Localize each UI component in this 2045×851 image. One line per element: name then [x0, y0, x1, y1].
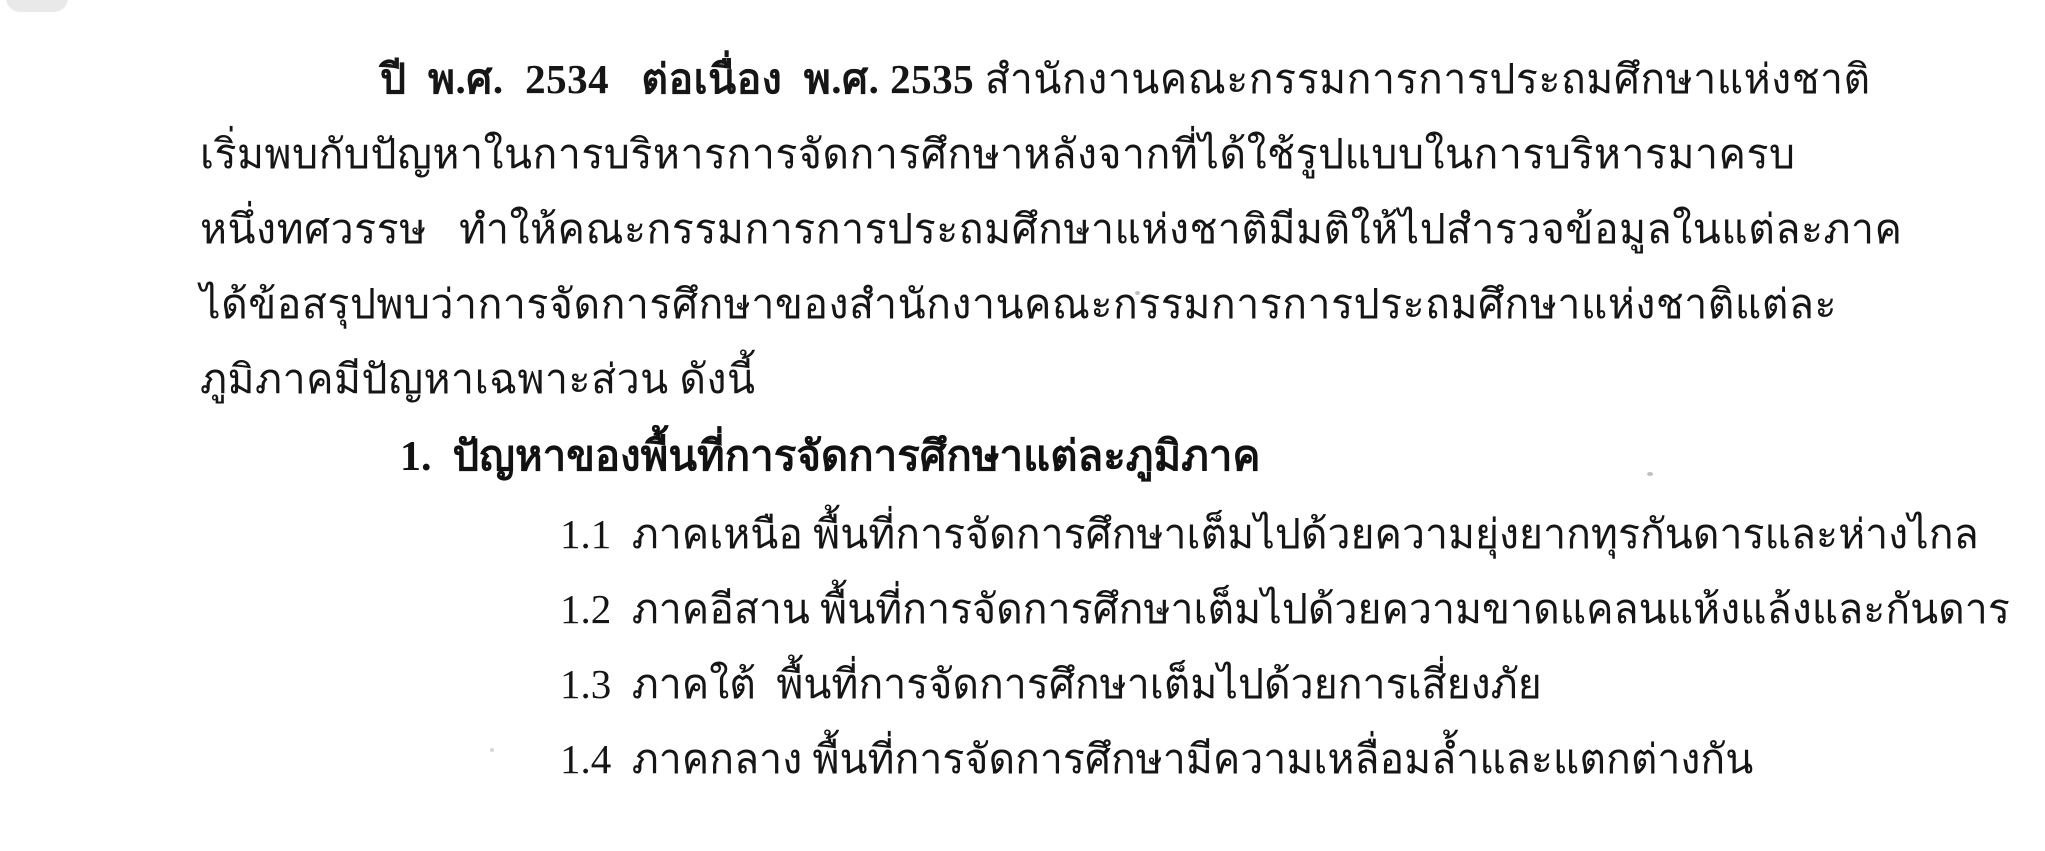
- list-item-northeast: 1.2 ภาคอีสาน พื้นที่การจัดการศึกษาเต็มไป…: [200, 572, 1965, 647]
- list-item-north: 1.1 ภาคเหนือ พื้นที่การจัดการศึกษาเต็มไป…: [200, 497, 1965, 572]
- paragraph-line-2: เริ่มพบกับปัญหาในการบริหารการจัดการศึกษา…: [200, 117, 1965, 192]
- scan-speck: [1647, 472, 1653, 476]
- list-item-south: 1.3 ภาคใต้ พื้นที่การจัดการศึกษาเต็มไปด้…: [200, 647, 1965, 722]
- paragraph-line-1: ปี พ.ศ. 2534 ต่อเนื่อง พ.ศ. 2535 สำนักงา…: [200, 42, 1965, 117]
- paragraph-line-3: หนึ่งทศวรรษ ทำให้คณะกรรมการการประถมศึกษา…: [200, 192, 1965, 267]
- scanned-document-page: ปี พ.ศ. 2534 ต่อเนื่อง พ.ศ. 2535 สำนักงา…: [0, 0, 2045, 851]
- list-item-central: 1.4 ภาคกลาง พื้นที่การจัดการศึกษามีความเ…: [200, 722, 1965, 797]
- paragraph-line-5: ภูมิภาคมีปัญหาเฉพาะส่วน ดังนี้: [200, 342, 1965, 417]
- scan-speck: [1135, 291, 1140, 295]
- paragraph-line-1-bold-dates: ปี พ.ศ. 2534 ต่อเนื่อง พ.ศ. 2535: [380, 56, 985, 102]
- scan-speck: [490, 748, 494, 752]
- paragraph-line-1-text: สำนักงานคณะกรรมการการประถมศึกษาแห่งชาติ: [985, 56, 1871, 102]
- scan-corner-artifact: [6, 0, 68, 12]
- section-heading-regional-problems: 1. ปัญหาของพื้นที่การจัดการศึกษาแต่ละภูม…: [200, 417, 1965, 497]
- paragraph-line-4: ได้ข้อสรุปพบว่าการจัดการศึกษาของสำนักงาน…: [200, 267, 1965, 342]
- document-body: ปี พ.ศ. 2534 ต่อเนื่อง พ.ศ. 2535 สำนักงา…: [200, 42, 1965, 797]
